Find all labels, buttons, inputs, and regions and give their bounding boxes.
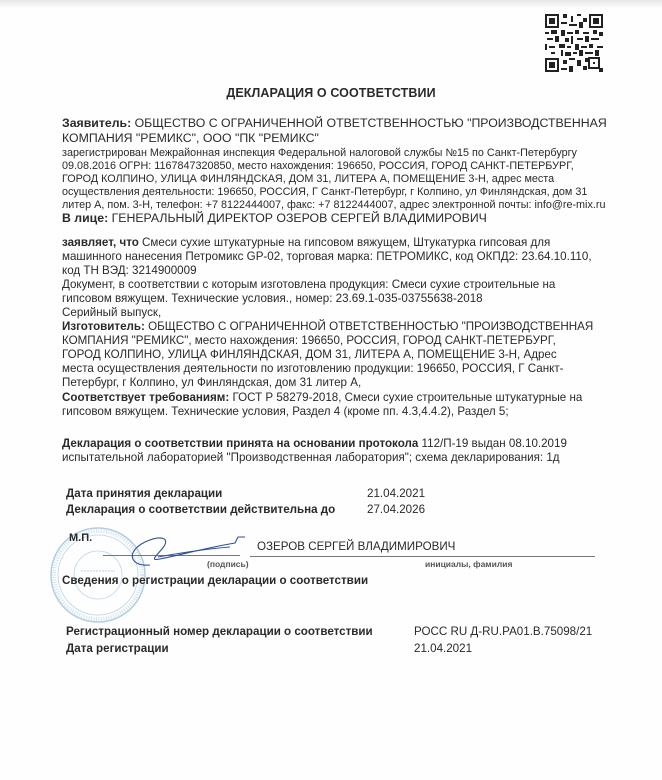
declares-line-4: Документ, в соответствии с которым изгот… (62, 278, 555, 292)
applicant-line-6: осуществления деятельности: 196650, РОСС… (62, 185, 587, 199)
qr-code-icon (545, 8, 603, 78)
manufacturer-line-3: ГОРОД КОЛПИНО, УЛИЦА ФИНЛЯНДСКАЯ, ДОМ 31… (62, 348, 557, 362)
declares-line-2: машинного нанесения Петромикс GP-02, тор… (62, 250, 592, 264)
accepted-date-label: Дата принятия декларации (66, 487, 222, 501)
manufacturer-line-1: Изготовитель: ОБЩЕСТВО С ОГРАНИЧЕННОЙ ОТ… (62, 320, 593, 334)
signatory-name: ОЗЕРОВ СЕРГЕЙ ВЛАДИМИРОВИЧ (257, 540, 455, 553)
compliance-line-2: гипсовом вяжущем. Технические условия, Р… (62, 405, 509, 419)
basis-line-1: Декларация о соответствии принята на осн… (62, 437, 567, 451)
applicant-line-7: литер А, пом. 3-Н, телефон: +7 812244400… (62, 198, 605, 212)
top-shadow (0, 0, 662, 8)
valid-until-value: 27.04.2026 (367, 503, 425, 516)
manufacturer-label: Изготовитель: (62, 320, 145, 333)
signature-icon (110, 527, 260, 577)
manufacturer-line-4: места осуществления деятельности по изго… (62, 362, 564, 376)
declares-label: заявляет, что (62, 236, 139, 249)
applicant-line-2: КОМПАНИЯ "РЕМИКС", ООО "ПК "РЕМИКС" (62, 131, 319, 145)
manufacturer-line-2: КОМПАНИЯ "РЕМИКС", место нахождения: 196… (62, 334, 556, 348)
registration-heading: Сведения о регистрации декларации о соот… (62, 574, 368, 588)
declares-line-1: заявляет, что Смеси сухие штукатурные на… (62, 236, 550, 250)
page-title: ДЕКЛАРАЦИЯ О СООТВЕТСТВИИ (0, 86, 662, 100)
declares-line-6: Серийный выпуск, (62, 306, 161, 320)
registration-number-label: Регистрационный номер декларации о соотв… (66, 625, 373, 639)
representative-label: В лице: (62, 211, 108, 225)
valid-until-label: Декларация о соответствии действительна … (66, 503, 335, 517)
declares-line-5: гипсовом вяжущем. Технические условия., … (62, 292, 483, 306)
applicant-line-1: Заявитель: ОБЩЕСТВО С ОГРАНИЧЕННОЙ ОТВЕТ… (62, 116, 607, 130)
declares-line-3: код ТН ВЭД: 3214900009 (62, 264, 197, 278)
signature-caption: (подпись) (207, 559, 249, 569)
accepted-date-value: 21.04.2021 (367, 487, 425, 500)
registration-date-value: 21.04.2021 (414, 642, 472, 655)
applicant-line-5: ГОРОД КОЛПИНО, УЛИЦА ФИНЛЯНДСКАЯ, ДОМ 31… (62, 172, 554, 186)
compliance-label: Соответствует требованиям: (62, 391, 229, 404)
name-caption: инициалы, фамилия (425, 559, 512, 569)
manufacturer-line-5: Петербург, г Колпино, ул Финляндская, до… (62, 376, 361, 390)
applicant-label: Заявитель: (62, 116, 131, 130)
basis-line-2: испытательной лабораторией "Производстве… (62, 451, 560, 465)
name-line (250, 556, 595, 557)
applicant-line-3: зарегистрирован Межрайонная инспекция Фе… (62, 146, 577, 160)
registration-number-value: РОСС RU Д-RU.РА01.В.75098/21 (414, 625, 592, 638)
applicant-line-4: 09.08.2016 ОГРН: 1167847320850, место на… (62, 159, 574, 173)
registration-date-label: Дата регистрации (66, 642, 169, 656)
compliance-line-1: Соответствует требованиям: ГОСТ Р 58279-… (62, 391, 582, 405)
basis-label: Декларация о соответствии принята на осн… (62, 437, 418, 450)
mp-label: М.П. (69, 531, 92, 545)
representative-line: В лице: ГЕНЕРАЛЬНЫЙ ДИРЕКТОР ОЗЕРОВ СЕРГ… (62, 211, 487, 225)
